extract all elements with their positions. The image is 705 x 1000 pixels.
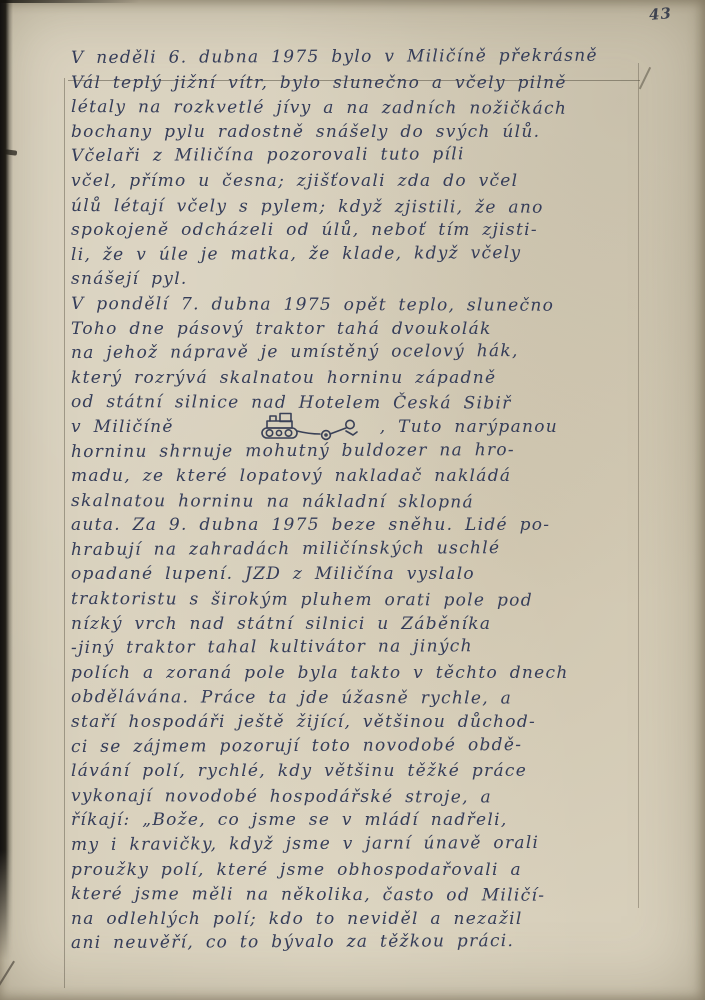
handwritten-line: madu, ze které lopatový nakladač nakládá [71, 464, 681, 489]
handwritten-line: obdělávána. Práce ta jde úžasně rychle, … [71, 685, 681, 712]
handwritten-line: včel, přímo u česna; zjišťovali zda do v… [71, 169, 681, 194]
handwritten-line: spokojeně odcházeli od úlů, neboť tím zj… [71, 218, 681, 243]
handwritten-line: V neděli 6. dubna 1975 bylo v Miličíně p… [71, 43, 681, 70]
left-margin-rule [64, 78, 65, 988]
handwritten-line: skalnatou horninu na nákladní sklopná [71, 489, 681, 516]
page-top-shadow [0, 0, 140, 3]
handwritten-line: na jehož nápravě je umístěný ocelový hák… [71, 338, 681, 365]
handwritten-line: li, že v úle je matka, že klade, když vč… [71, 240, 681, 267]
handwritten-line: horninu shrnuje mohutný buldozer na hro- [71, 437, 681, 464]
handwritten-line-fragment: , Tuto narýpanou [380, 415, 558, 440]
handwritten-line: staří hospodáři ještě žijící, většinou d… [71, 710, 681, 735]
handwritten-line: nízký vrch nad státní silnici u Záběníka [71, 612, 681, 637]
handwritten-line: létaly na rozkvetlé jívy a na zadních no… [71, 95, 681, 122]
page-number: 43 [648, 4, 672, 24]
handwritten-line: Vál teplý jižní vítr, bylo slunečno a vč… [71, 71, 681, 96]
handwritten-line: vykonají novodobé hospodářské stroje, a [71, 784, 681, 811]
handwritten-line: který rozrývá skalnatou horninu západně [71, 366, 681, 391]
handwritten-line-fragment: v Miličíně [71, 415, 174, 440]
handwritten-line: lávání polí, rychlé, kdy většinu těžké p… [71, 759, 681, 784]
chronicle-page: 43 V neděli 6. dubna 1975 bylo v Miličín… [0, 0, 705, 1000]
handwritten-line: Včelaři z Miličína pozorovali tuto píli [71, 142, 681, 169]
handwritten-line-with-doodle: v Miličíně , Tuto n [71, 415, 681, 440]
handwritten-line: polích a zoraná pole byla takto v těchto… [71, 661, 681, 686]
handwritten-line: na odlehlých polí; kdo to neviděl a neza… [71, 907, 681, 932]
handwritten-line: traktoristu s širokým pluhem orati pole … [71, 587, 681, 614]
handwritten-text-block: V neděli 6. dubna 1975 bylo v Miličíně p… [71, 46, 681, 956]
handwritten-line: které jsme měli na několika, často od Mi… [71, 882, 681, 909]
handwritten-line: bochany pylu radostně snášely do svých ú… [71, 120, 681, 145]
handwritten-line: proužky polí, které jsme obhospodařovali… [71, 858, 681, 883]
handwritten-line: Toho dne pásový traktor tahá dvoukolák [71, 317, 681, 342]
handwritten-line: říkají: „Bože, co jsme se v mládí nadřel… [71, 808, 681, 833]
handwritten-line: my i kravičky, když jsme v jarní únavě o… [71, 830, 681, 857]
handwritten-line: V pondělí 7. dubna 1975 opět teplo, slun… [71, 292, 681, 319]
handwritten-line: hrabují na zahradách miličínských uschlé [71, 535, 681, 562]
handwritten-line: úlů létají včely s pylem; když zjistili,… [71, 194, 681, 221]
handwritten-line: snášejí pyl. [71, 267, 681, 292]
handwritten-line: opadané lupení. JZD z Miličína vyslalo [71, 562, 681, 587]
tractor-doodle [260, 412, 364, 442]
handwritten-line: od státní silnice nad Hotelem Česká Sibi… [71, 390, 681, 417]
handwritten-line: auta. Za 9. dubna 1975 beze sněhu. Lidé … [71, 513, 681, 538]
handwritten-line: ani neuvěří, co to bývalo za těžkou prác… [71, 929, 681, 956]
handwritten-line: -jiný traktor tahal kultivátor na jiných [71, 634, 681, 661]
handwritten-line: ci se zájmem pozorují toto novodobé obdě… [71, 732, 681, 759]
